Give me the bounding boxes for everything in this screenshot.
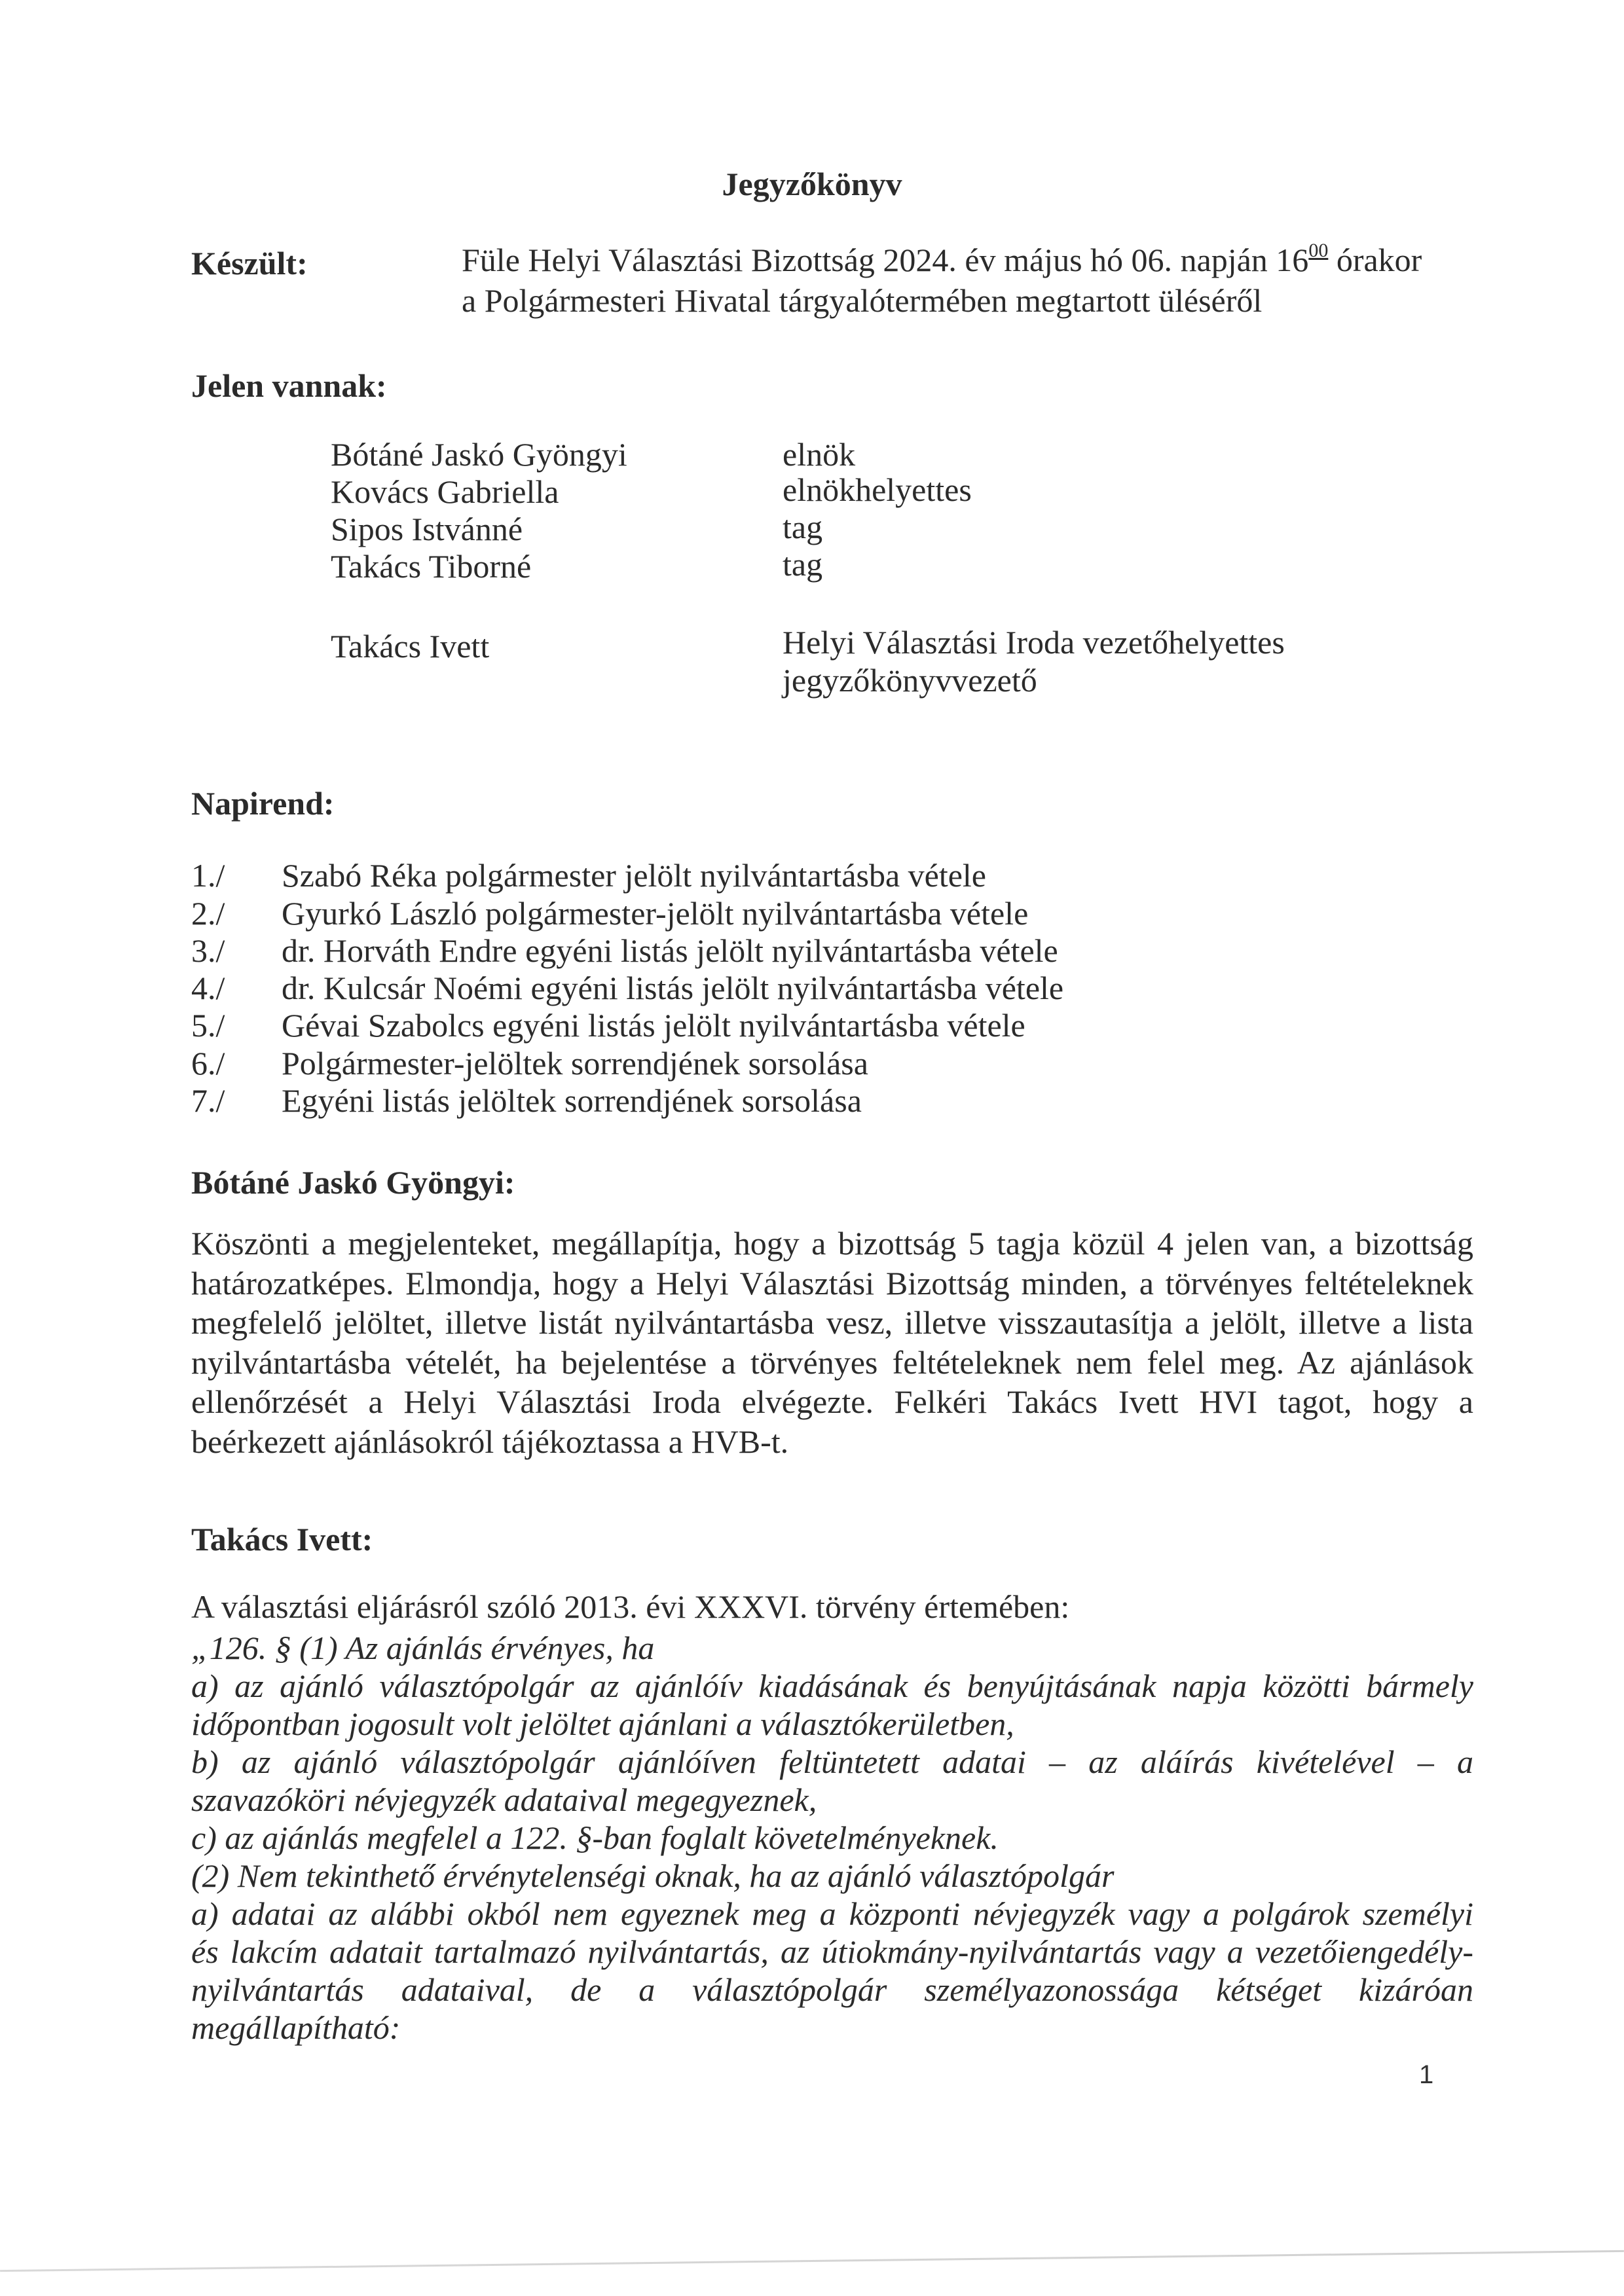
law-line: nyilvántartás adataival, de a választópo…	[191, 1971, 1473, 2009]
law-line: „126. § (1) Az ajánlás érvényes, ha	[191, 1629, 1473, 1667]
agenda-item: 7./Egyéni listás jelöltek sorrendjének s…	[191, 1082, 862, 1120]
keszult-line-1: Füle Helyi Választási Bizottság 2024. év…	[462, 240, 1422, 279]
attendee-role: tag	[783, 545, 822, 583]
agenda-item-number: 3./	[191, 932, 282, 970]
scan-edge-line	[0, 2250, 1624, 2272]
keszult-line-1-suffix: órakor	[1328, 242, 1422, 278]
law-line: a) adatai az alábbi okból nem egyeznek m…	[191, 1895, 1473, 1933]
agenda-item: 2./Gyurkó László polgármester-jelölt nyi…	[191, 894, 1028, 932]
keszult-line-2: a Polgármesteri Hivatal tárgyalótermében…	[462, 282, 1262, 319]
attendee-role: elnökhelyettes	[783, 471, 972, 509]
attendee-name: Bótáné Jaskó Gyöngyi	[331, 435, 627, 473]
agenda-item-number: 1./	[191, 856, 282, 894]
attendee-name: Takács Tiborné	[331, 547, 531, 585]
agenda-item-number: 2./	[191, 894, 282, 932]
keszult-line-1-text: Füle Helyi Választási Bizottság 2024. év…	[462, 242, 1308, 278]
law-line: b) az ajánló választópolgár ajánlóíven f…	[191, 1743, 1473, 1781]
agenda-item-number: 5./	[191, 1006, 282, 1044]
secretary-role-line-2: jegyzőkönyvvezető	[783, 661, 1037, 699]
attendee-name: Sipos Istvánné	[331, 510, 523, 548]
agenda-item-text: Gyurkó László polgármester-jelölt nyilvá…	[282, 895, 1028, 932]
paragraph-line: Köszönti a megjelenteket, megállapítja, …	[191, 1224, 1473, 1264]
agenda-item-text: Polgármester-jelöltek sorrendjének sorso…	[282, 1045, 868, 1082]
law-line: szavazóköri névjegyzék adataival megegye…	[191, 1781, 1473, 1819]
time-superscript: 00	[1308, 240, 1328, 261]
law-line: (2) Nem tekinthető érvénytelenségi oknak…	[191, 1857, 1473, 1895]
law-quote: „126. § (1) Az ajánlás érvényes, haa) az…	[191, 1629, 1473, 2047]
speaker-1-label: Bótáné Jaskó Gyöngyi:	[191, 1163, 515, 1201]
agenda-item-text: Gévai Szabolcs egyéni listás jelölt nyil…	[282, 1007, 1025, 1044]
agenda-item-text: dr. Horváth Endre egyéni listás jelölt n…	[282, 932, 1058, 969]
paragraph-line: határozatképes. Elmondja, hogy a Helyi V…	[191, 1264, 1473, 1303]
speaker-2-label: Takács Ivett:	[191, 1520, 373, 1558]
secretary-name: Takács Ivett	[331, 627, 489, 665]
paragraph-line: ellenőrzését a Helyi Választási Iroda el…	[191, 1382, 1473, 1422]
agenda-item: 5./Gévai Szabolcs egyéni listás jelölt n…	[191, 1006, 1025, 1044]
document-title: Jegyzőkönyv	[0, 165, 1624, 203]
agenda-item-text: Szabó Réka polgármester jelölt nyilvánta…	[282, 857, 986, 894]
paragraph-line: megfelelő jelöltet, illetve listát nyilv…	[191, 1303, 1473, 1343]
speaker-1-paragraph: Köszönti a megjelenteket, megállapítja, …	[191, 1224, 1473, 1461]
law-line: és lakcím adatait tartalmazó nyilvántart…	[191, 1933, 1473, 1971]
agenda-item: 1./Szabó Réka polgármester jelölt nyilvá…	[191, 856, 986, 894]
agenda-item-number: 4./	[191, 969, 282, 1007]
agenda-item: 4./dr. Kulcsár Noémi egyéni listás jelöl…	[191, 969, 1063, 1007]
napirend-label: Napirend:	[191, 784, 335, 822]
attendee-name: Kovács Gabriella	[331, 473, 559, 511]
agenda-item: 6./Polgármester-jelöltek sorrendjének so…	[191, 1044, 868, 1082]
agenda-item: 3./dr. Horváth Endre egyéni listás jelöl…	[191, 932, 1058, 970]
attendee-role: tag	[783, 508, 822, 546]
page-number: 1	[1419, 2060, 1433, 2090]
jelen-vannak-label: Jelen vannak:	[191, 367, 387, 405]
agenda-item-text: dr. Kulcsár Noémi egyéni listás jelölt n…	[282, 970, 1063, 1006]
law-line: megállapítható:	[191, 2009, 1473, 2047]
law-line: a) az ajánló választópolgár az ajánlóív …	[191, 1667, 1473, 1705]
law-line: időpontban jogosult volt jelöltet ajánla…	[191, 1705, 1473, 1743]
paragraph-line: nyilvántartásba vételét, ha bejelentése …	[191, 1343, 1473, 1383]
agenda-item-text: Egyéni listás jelöltek sorrendjének sors…	[282, 1082, 862, 1119]
document-page: Jegyzőkönyv Készült: Füle Helyi Választá…	[0, 0, 1624, 2296]
attendee-role: elnök	[783, 435, 855, 473]
paragraph-line: beérkezett ajánlásokról tájékoztassa a H…	[191, 1422, 1473, 1462]
keszult-label: Készült:	[191, 244, 308, 282]
agenda-item-number: 6./	[191, 1044, 282, 1082]
agenda-item-number: 7./	[191, 1082, 282, 1120]
secretary-role-line-1: Helyi Választási Iroda vezetőhelyettes	[783, 623, 1285, 661]
law-line: c) az ajánlás megfelel a 122. §-ban fogl…	[191, 1819, 1473, 1857]
speaker-2-intro: A választási eljárásról szóló 2013. évi …	[191, 1588, 1069, 1626]
